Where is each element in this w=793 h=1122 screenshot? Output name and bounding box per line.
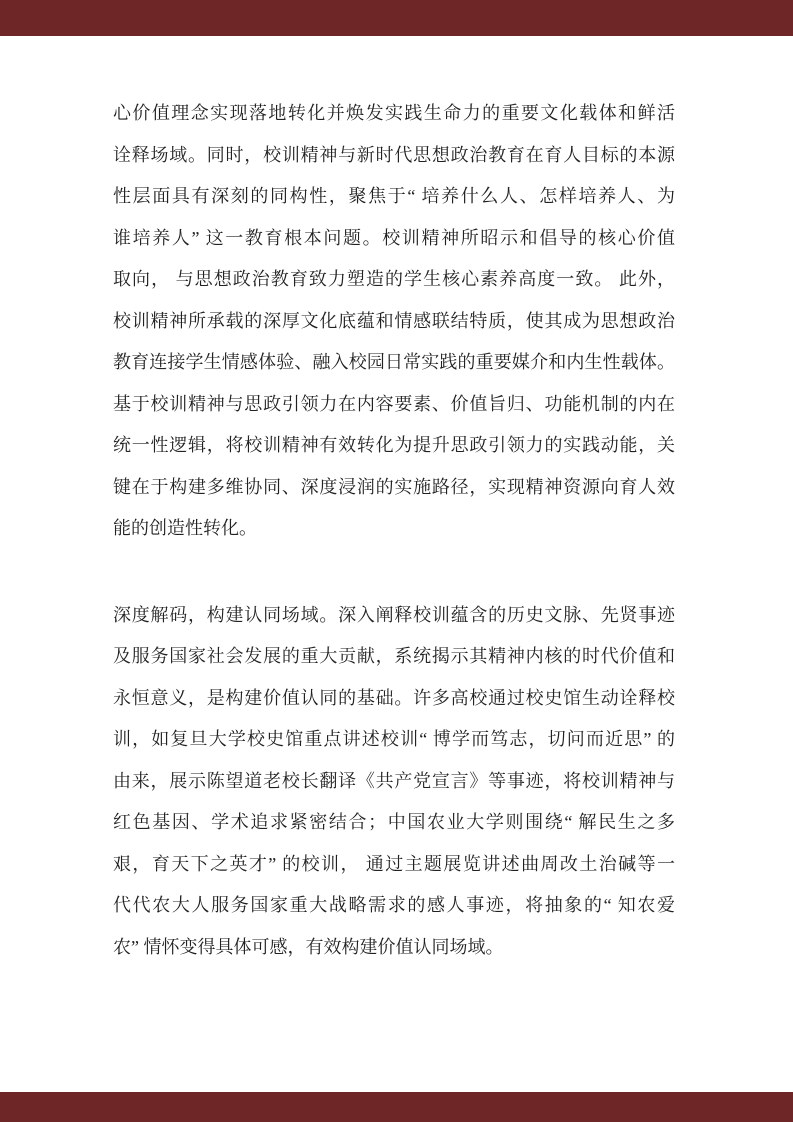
text-line: 诠释场域。同时，校训精神与新时代思想政治教育在育人目标的本源: [113, 135, 675, 177]
text-line: 农” 情怀变得具体可感，有效构建价值认同场域。: [113, 927, 675, 969]
paragraph-2: 深度解码，构建认同场域。深入阐释校训蕴含的历史文脉、先贤事迹及服务国家社会发展的…: [113, 595, 675, 969]
text-line: 永恒意义，是构建价值认同的基础。许多高校通过校史馆生动诠释校: [113, 678, 675, 720]
text-line: 训，如复旦大学校史馆重点讲述校训“ 博学而笃志，切问而近思” 的: [113, 719, 675, 761]
paragraph-1: 心价值理念实现落地转化并焕发实践生命力的重要文化载体和鲜活诠释场域。同时，校训精…: [113, 93, 675, 550]
text-line: 基于校训精神与思政引领力在内容要素、价值旨归、功能机制的内在: [113, 384, 675, 426]
text-line: 能的创造性转化。: [113, 508, 675, 550]
text-line: 心价值理念实现落地转化并焕发实践生命力的重要文化载体和鲜活: [113, 93, 675, 135]
text-line: 谁培养人” 这一教育根本问题。校训精神所昭示和倡导的核心价值: [113, 218, 675, 260]
text-line: 及服务国家社会发展的重大贡献，系统揭示其精神内核的时代价值和: [113, 636, 675, 678]
text-line: 取向， 与思想政治教育致力塑造的学生核心素养高度一致。 此外，: [113, 259, 675, 301]
text-line: 统一性逻辑，将校训精神有效转化为提升思政引领力的实践动能，关: [113, 425, 675, 467]
text-line: 深度解码，构建认同场域。深入阐释校训蕴含的历史文脉、先贤事迹: [113, 595, 675, 637]
text-line: 艰，育天下之英才” 的校训， 通过主题展览讲述曲周改土治碱等一: [113, 844, 675, 886]
text-line: 校训精神所承载的深厚文化底蕴和情感联结特质，使其成为思想政治: [113, 301, 675, 343]
text-line: 性层面具有深刻的同构性，聚焦于“ 培养什么人、怎样培养人、为: [113, 176, 675, 218]
document-text-block: 心价值理念实现落地转化并焕发实践生命力的重要文化载体和鲜活诠释场域。同时，校训精…: [113, 93, 675, 968]
text-line: 键在于构建多维协同、深度浸润的实施路径，实现精神资源向育人效: [113, 467, 675, 509]
page-top-margin-bar: [0, 0, 793, 36]
text-line: 红色基因、学术追求紧密结合；中国农业大学则围绕“ 解民生之多: [113, 802, 675, 844]
text-line: 代代农大人服务国家重大战略需求的感人事迹，将抽象的“ 知农爱: [113, 885, 675, 927]
page-bottom-margin-bar: [0, 1092, 793, 1122]
text-line: 由来，展示陈望道老校长翻译《共产党宣言》等事迹，将校训精神与: [113, 761, 675, 803]
text-line: 教育连接学生情感体验、融入校园日常实践的重要媒介和内生性载体。: [113, 342, 675, 384]
document-page: 心价值理念实现落地转化并焕发实践生命力的重要文化载体和鲜活诠释场域。同时，校训精…: [0, 0, 793, 1122]
